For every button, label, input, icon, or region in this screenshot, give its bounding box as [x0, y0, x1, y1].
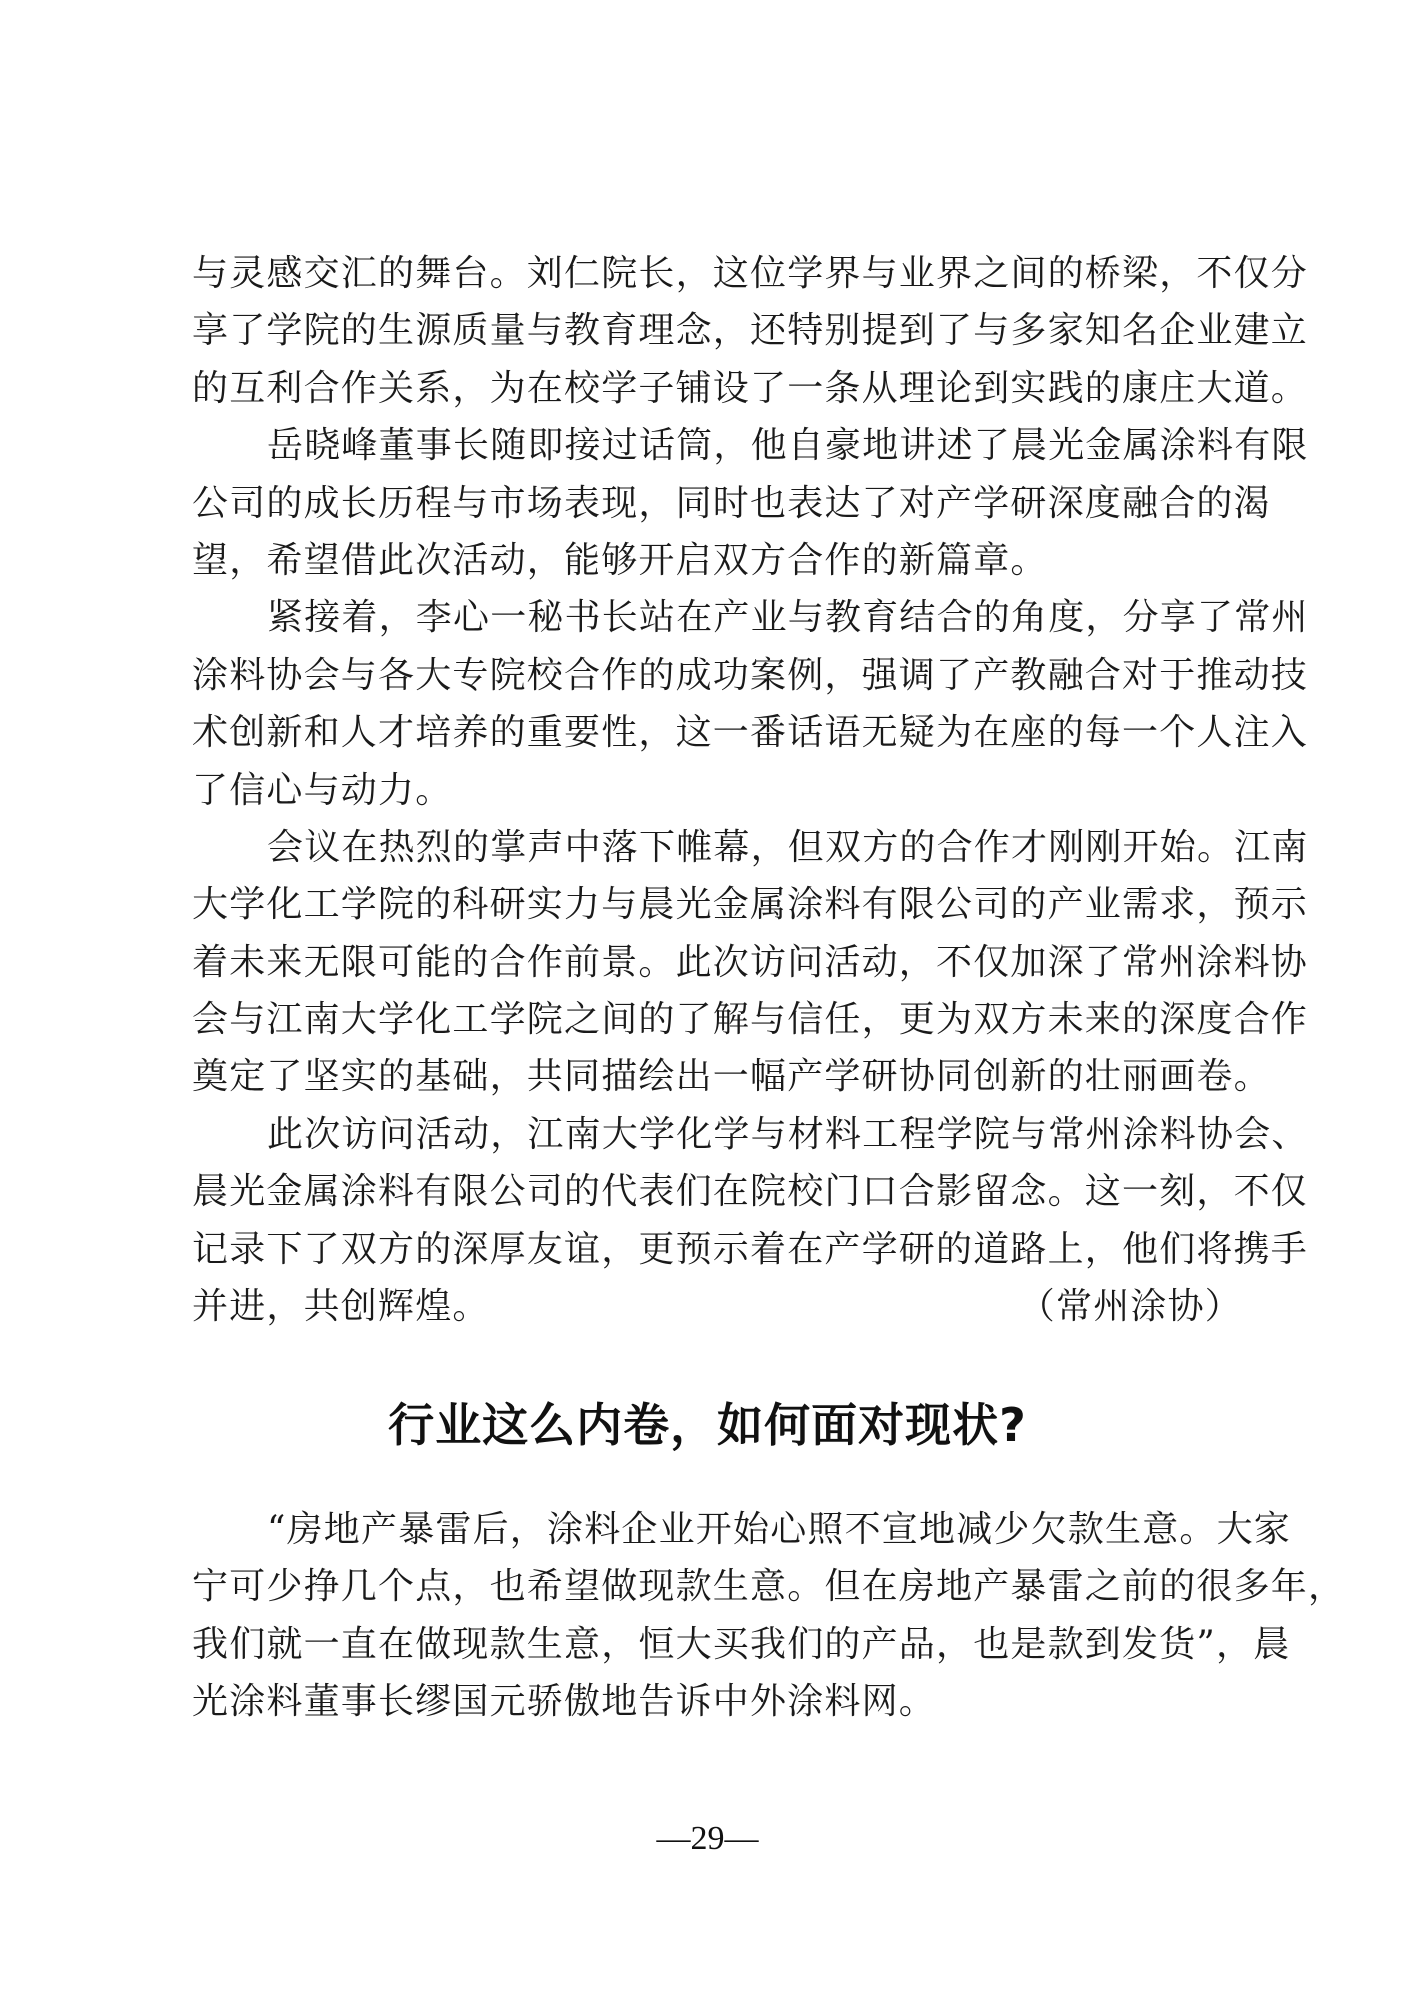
text-line: 此次访问活动，江南大学化学与材料工程学院与常州涂料协会、 [192, 1106, 1242, 1163]
text-line: 会与江南大学化工学院之间的了解与信任，更为双方未来的深度合作 [192, 991, 1242, 1048]
text-line: 光涂料董事长缪国元骄傲地告诉中外涂料网。 [192, 1673, 1242, 1730]
source-attribution: （常州涂协） [1019, 1278, 1242, 1335]
text-line: 岳晓峰董事长随即接过话筒，他自豪地讲述了晨光金属涂料有限 [192, 417, 1242, 474]
article-continuation: 与灵感交汇的舞台。刘仁院长，这位学界与业界之间的桥梁，不仅分 享了学院的生源质量… [192, 245, 1242, 1335]
text-line: 的互利合作关系，为在校学子铺设了一条从理论到实践的康庄大道。 [192, 360, 1242, 417]
paragraph: 与灵感交汇的舞台。刘仁院长，这位学界与业界之间的桥梁，不仅分 享了学院的生源质量… [192, 245, 1242, 417]
text-line: 公司的成长历程与市场表现，同时也表达了对产学研深度融合的渴 [192, 475, 1242, 532]
text-line: 记录下了双方的深厚友谊，更预示着在产学研的道路上，他们将携手 [192, 1221, 1242, 1278]
text-line: 紧接着，李心一秘书长站在产业与教育结合的角度，分享了常州 [192, 589, 1242, 646]
text-line: 并进，共创辉煌。 [192, 1278, 490, 1335]
article-headline: 行业这么内卷，如何面对现状? [0, 1393, 1415, 1457]
final-line-with-source: 并进，共创辉煌。 （常州涂协） [192, 1278, 1242, 1335]
document-page: 与灵感交汇的舞台。刘仁院长，这位学界与业界之间的桥梁，不仅分 享了学院的生源质量… [0, 0, 1415, 2000]
text-line: 涂料协会与各大专院校合作的成功案例，强调了产教融合对于推动技 [192, 647, 1242, 704]
page-number: —29— [0, 1816, 1415, 1862]
paragraph: “房地产暴雷后，涂料企业开始心照不宣地减少欠款生意。大家 宁可少挣几个点，也希望… [192, 1501, 1242, 1731]
text-line: “房地产暴雷后，涂料企业开始心照不宣地减少欠款生意。大家 [192, 1501, 1242, 1558]
article-body: “房地产暴雷后，涂料企业开始心照不宣地减少欠款生意。大家 宁可少挣几个点，也希望… [192, 1501, 1242, 1731]
text-line: 着未来无限可能的合作前景。此次访问活动，不仅加深了常州涂料协 [192, 934, 1242, 991]
text-line: 望，希望借此次活动，能够开启双方合作的新篇章。 [192, 532, 1242, 589]
paragraph: 岳晓峰董事长随即接过话筒，他自豪地讲述了晨光金属涂料有限 公司的成长历程与市场表… [192, 417, 1242, 589]
text-line: 享了学院的生源质量与教育理念，还特别提到了与多家知名企业建立 [192, 302, 1242, 359]
text-line: 晨光金属涂料有限公司的代表们在院校门口合影留念。这一刻，不仅 [192, 1163, 1242, 1220]
text-line: 大学化工学院的科研实力与晨光金属涂料有限公司的产业需求，预示 [192, 876, 1242, 933]
text-line: 我们就一直在做现款生意，恒大买我们的产品，也是款到发货”，晨 [192, 1616, 1242, 1673]
text-line: 了信心与动力。 [192, 762, 1242, 819]
text-line: 奠定了坚实的基础，共同描绘出一幅产学研协同创新的壮丽画卷。 [192, 1048, 1242, 1105]
text-line: 宁可少挣几个点，也希望做现款生意。但在房地产暴雷之前的很多年， [192, 1558, 1242, 1615]
paragraph: 紧接着，李心一秘书长站在产业与教育结合的角度，分享了常州 涂料协会与各大专院校合… [192, 589, 1242, 819]
text-line: 与灵感交汇的舞台。刘仁院长，这位学界与业界之间的桥梁，不仅分 [192, 245, 1242, 302]
paragraph: 此次访问活动，江南大学化学与材料工程学院与常州涂料协会、 晨光金属涂料有限公司的… [192, 1106, 1242, 1336]
paragraph: 会议在热烈的掌声中落下帷幕，但双方的合作才刚刚开始。江南 大学化工学院的科研实力… [192, 819, 1242, 1106]
text-line: 术创新和人才培养的重要性，这一番话语无疑为在座的每一个人注入 [192, 704, 1242, 761]
text-line: 会议在热烈的掌声中落下帷幕，但双方的合作才刚刚开始。江南 [192, 819, 1242, 876]
